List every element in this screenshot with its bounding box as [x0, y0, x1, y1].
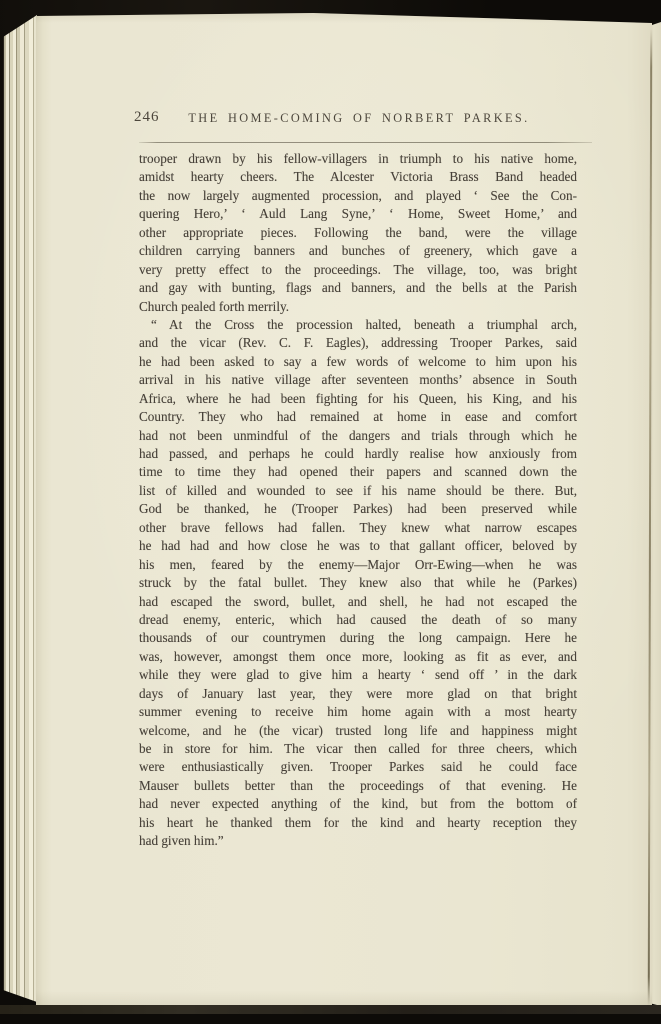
text-line: Mauser bullets better than the proceedin…: [139, 777, 577, 795]
text-line: had passed, and perhaps he could hardly …: [139, 445, 577, 463]
text-line: very pretty effect to the proceedings. T…: [139, 261, 577, 279]
text-line: his heart he thanked them for the kind a…: [139, 814, 577, 832]
paragraph: trooper drawn by his fellow-villagers in…: [139, 150, 577, 316]
paragraph: “ At the Cross the procession halted, be…: [139, 316, 577, 851]
text-line: Africa, where he had been fighting for h…: [139, 390, 577, 408]
header-rule: [139, 142, 592, 143]
text-line: welcome, and he (the vicar) trusted long…: [139, 722, 577, 740]
text-line: time to time they had opened their paper…: [139, 463, 577, 481]
text-line: and gay with bunting, flags and banners,…: [139, 279, 577, 297]
text-line: quering Hero,’ ‘ Auld Lang Syne,’ ‘ Home…: [139, 205, 577, 223]
text-line: had never expected anything of the kind,…: [139, 795, 577, 813]
text-line: Church pealed forth merrily.: [139, 298, 577, 316]
text-line: while they were glad to give him a heart…: [139, 666, 577, 684]
text-line: struck by the fatal bullet. They knew al…: [139, 574, 577, 592]
page-number: 246: [134, 109, 160, 126]
text-line: Country. They who had remained at home i…: [139, 408, 577, 426]
text-line: his men, feared by the enemy—Major Orr-E…: [139, 556, 577, 574]
text-line: the now largely augmented procession, an…: [139, 187, 577, 205]
scanned-book-photo: { "colors": { "background": "#0d0b08", "…: [0, 0, 661, 1024]
book-page: 246 THE HOME-COMING OF NORBERT PARKES. t…: [36, 13, 652, 1005]
text-line: summer evening to receive him home again…: [139, 703, 577, 721]
text-line: be in store for him. The vicar then call…: [139, 740, 577, 758]
text-line: children carrying banners and bunches of…: [139, 242, 577, 260]
page-header: 246 THE HOME-COMING OF NORBERT PARKES.: [139, 109, 579, 129]
text-line: were enthusiastically given. Trooper Par…: [139, 758, 577, 776]
page-body: trooper drawn by his fellow-villagers in…: [139, 150, 577, 851]
page-stack-edges: [3, 10, 37, 1007]
text-line: other brave fellows had fallen. They kne…: [139, 519, 577, 537]
text-line: God be thanked, he (Trooper Parkes) had …: [139, 500, 577, 518]
bottom-gutter-shadow: [0, 1005, 661, 1014]
text-line: days of January last year, they were mor…: [139, 685, 577, 703]
text-line: had not been unmindful of the dangers an…: [139, 427, 577, 445]
text-line: trooper drawn by his fellow-villagers in…: [139, 150, 577, 168]
text-line: arrival in his native village after seve…: [139, 371, 577, 389]
text-line: amidst hearty cheers. The Alcester Victo…: [139, 168, 577, 186]
running-title: THE HOME-COMING OF NORBERT PARKES.: [139, 109, 579, 126]
text-line: he had been asked to say a few words of …: [139, 353, 577, 371]
text-line: “ At the Cross the procession halted, be…: [139, 316, 577, 334]
text-line: he had had and how close he was to that …: [139, 537, 577, 555]
text-line: was, however, amongst them once more, lo…: [139, 648, 577, 666]
text-line: had given him.”: [139, 832, 577, 850]
text-line: dread enemy, enteric, which had caused t…: [139, 611, 577, 629]
text-line: had escaped the sword, bullet, and shell…: [139, 593, 577, 611]
text-line: thousands of our countrymen during the l…: [139, 629, 577, 647]
text-line: list of killed and wounded to see if his…: [139, 482, 577, 500]
text-line: and the vicar (Rev. C. F. Eagles), addre…: [139, 334, 577, 352]
text-line: other appropriate pieces. Following the …: [139, 224, 577, 242]
